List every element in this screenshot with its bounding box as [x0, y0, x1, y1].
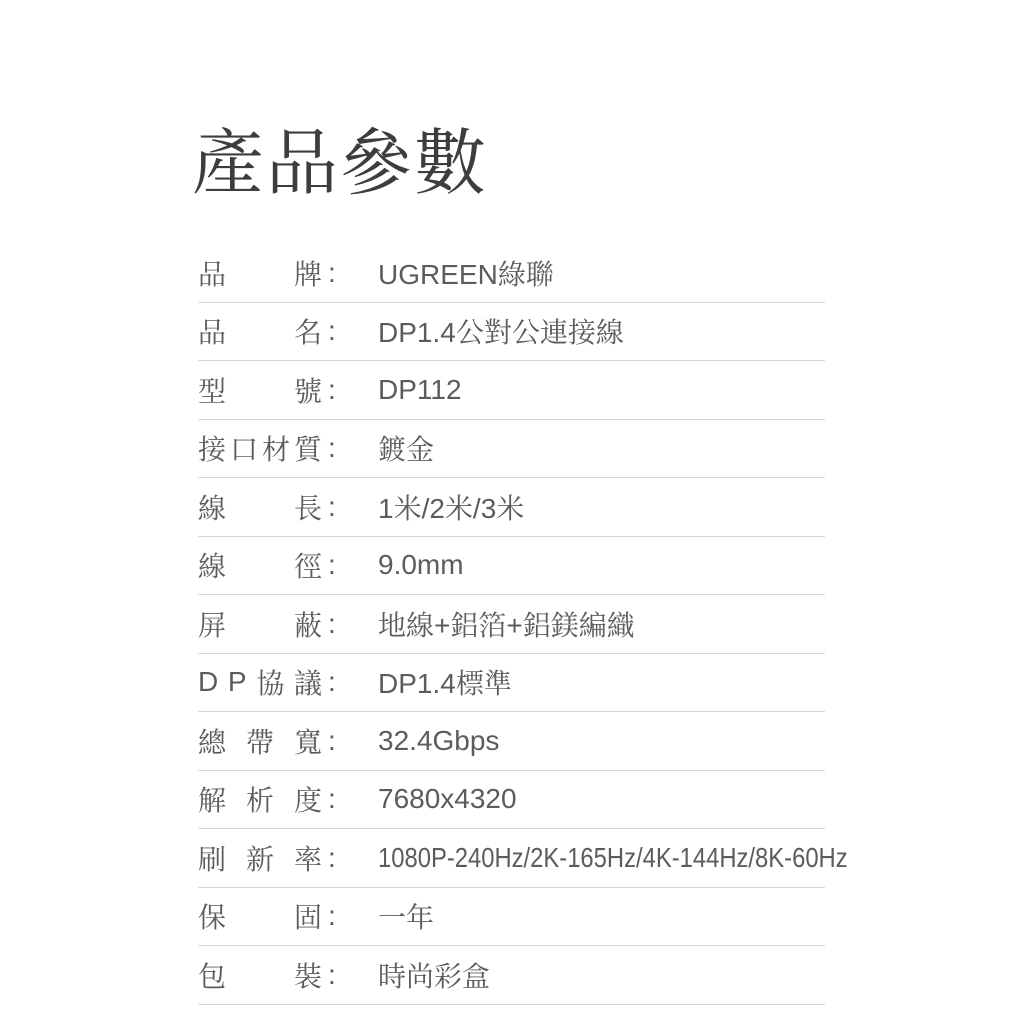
spec-label-char: 包	[198, 955, 226, 995]
spec-label-char: 徑	[294, 545, 322, 585]
spec-label: 刷新率	[198, 838, 322, 878]
spec-label-char: 解	[198, 779, 226, 819]
spec-value: DP112	[378, 374, 462, 406]
spec-table: 品牌 : UGREEN綠聯 品名 : DP1.4公對公連接線 型號 : DP11…	[198, 244, 825, 1005]
spec-label-char: 長	[294, 487, 322, 527]
spec-colon: :	[328, 315, 336, 347]
spec-label: 總帶寬	[198, 721, 322, 761]
spec-label-char: 口	[230, 428, 258, 468]
spec-colon: :	[328, 257, 336, 289]
spec-label: 型號	[198, 370, 322, 410]
spec-label-group: 品牌 :	[198, 253, 378, 293]
spec-label: 接口材質	[198, 428, 322, 468]
spec-label-group: 線徑 :	[198, 545, 378, 585]
spec-value: 時尚彩盒	[378, 955, 490, 995]
spec-value: 1米/2米/3米	[378, 487, 524, 527]
spec-label-group: 接口材質 :	[198, 428, 378, 468]
spec-value: 32.4Gbps	[378, 725, 499, 757]
spec-label-char: 協	[256, 662, 284, 702]
spec-label: 品名	[198, 311, 322, 351]
spec-label-char: 接	[198, 428, 226, 468]
spec-label-group: DP協議 :	[198, 662, 378, 702]
spec-value: 地線+鋁箔+鋁鎂編織	[378, 604, 635, 644]
spec-label-char: 議	[294, 662, 322, 702]
spec-value: 7680x4320	[378, 783, 517, 815]
spec-label-char: P	[228, 666, 247, 698]
spec-label-char: D	[198, 666, 218, 698]
spec-label-char: 率	[294, 838, 322, 878]
spec-label-group: 刷新率 :	[198, 838, 378, 878]
spec-label-char: 品	[198, 311, 226, 351]
spec-label-group: 包裝 :	[198, 955, 378, 995]
spec-row: 解析度 : 7680x4320	[198, 771, 825, 830]
spec-label-char: 蔽	[294, 604, 322, 644]
spec-label-group: 解析度 :	[198, 779, 378, 819]
spec-label-char: 型	[198, 370, 226, 410]
spec-row: 接口材質 : 鍍金	[198, 420, 825, 479]
spec-row: 型號 : DP112	[198, 361, 825, 420]
spec-label: 包裝	[198, 955, 322, 995]
spec-label: 線徑	[198, 545, 322, 585]
spec-colon: :	[328, 900, 336, 932]
spec-value: DP1.4公對公連接線	[378, 311, 624, 351]
spec-label-char: 材	[262, 428, 290, 468]
spec-colon: :	[328, 432, 336, 464]
spec-label-char: 總	[198, 721, 226, 761]
spec-colon: :	[328, 725, 336, 757]
spec-colon: :	[328, 608, 336, 640]
spec-value: DP1.4標準	[378, 662, 512, 702]
spec-label: 解析度	[198, 779, 322, 819]
spec-value: 1080P-240Hz/2K-165Hz/4K-144Hz/8K-60Hz	[378, 842, 848, 874]
spec-value: 9.0mm	[378, 549, 464, 581]
spec-label: DP協議	[198, 662, 322, 702]
spec-label-char: 刷	[198, 838, 226, 878]
spec-label-group: 保固 :	[198, 896, 378, 936]
spec-row: 屏蔽 : 地線+鋁箔+鋁鎂編織	[198, 595, 825, 654]
spec-row: 品名 : DP1.4公對公連接線	[198, 303, 825, 362]
spec-row: 品牌 : UGREEN綠聯	[198, 244, 825, 303]
spec-label-group: 型號 :	[198, 370, 378, 410]
spec-label-char: 固	[294, 896, 322, 936]
spec-label-char: 牌	[294, 253, 322, 293]
page-title: 產品參數	[192, 124, 488, 204]
spec-label-char: 線	[198, 487, 226, 527]
spec-label-char: 寬	[294, 721, 322, 761]
spec-label-char: 裝	[294, 955, 322, 995]
spec-value: 鍍金	[378, 428, 434, 468]
spec-colon: :	[328, 374, 336, 406]
spec-label-char: 帶	[246, 721, 274, 761]
spec-label-group: 屏蔽 :	[198, 604, 378, 644]
spec-value: UGREEN綠聯	[378, 253, 554, 293]
spec-colon: :	[328, 549, 336, 581]
spec-label-char: 屏	[198, 604, 226, 644]
spec-label-group: 線長 :	[198, 487, 378, 527]
spec-label-char: 號	[294, 370, 322, 410]
spec-value: 一年	[378, 896, 434, 936]
spec-label-char: 度	[294, 779, 322, 819]
spec-row: 線徑 : 9.0mm	[198, 537, 825, 596]
spec-row: 包裝 : 時尚彩盒	[198, 946, 825, 1005]
spec-label-char: 線	[198, 545, 226, 585]
spec-label: 保固	[198, 896, 322, 936]
spec-label: 線長	[198, 487, 322, 527]
spec-label-char: 新	[246, 838, 274, 878]
spec-row: 總帶寬 : 32.4Gbps	[198, 712, 825, 771]
spec-label-char: 名	[294, 311, 322, 351]
spec-colon: :	[328, 959, 336, 991]
spec-label-group: 總帶寬 :	[198, 721, 378, 761]
product-spec-page: 產品參數 品牌 : UGREEN綠聯 品名 : DP1.4公對公連接線 型號 :…	[0, 0, 1024, 1024]
spec-colon: :	[328, 491, 336, 523]
spec-label-char: 質	[294, 428, 322, 468]
spec-row: 保固 : 一年	[198, 888, 825, 947]
spec-row: 線長 : 1米/2米/3米	[198, 478, 825, 537]
spec-label-char: 析	[246, 779, 274, 819]
spec-colon: :	[328, 842, 336, 874]
spec-label-group: 品名 :	[198, 311, 378, 351]
spec-label: 品牌	[198, 253, 322, 293]
spec-colon: :	[328, 666, 336, 698]
spec-label: 屏蔽	[198, 604, 322, 644]
spec-label-char: 品	[198, 253, 226, 293]
spec-colon: :	[328, 783, 336, 815]
spec-label-char: 保	[198, 896, 226, 936]
spec-row: DP協議 : DP1.4標準	[198, 654, 825, 713]
spec-row: 刷新率 : 1080P-240Hz/2K-165Hz/4K-144Hz/8K-6…	[198, 829, 825, 888]
